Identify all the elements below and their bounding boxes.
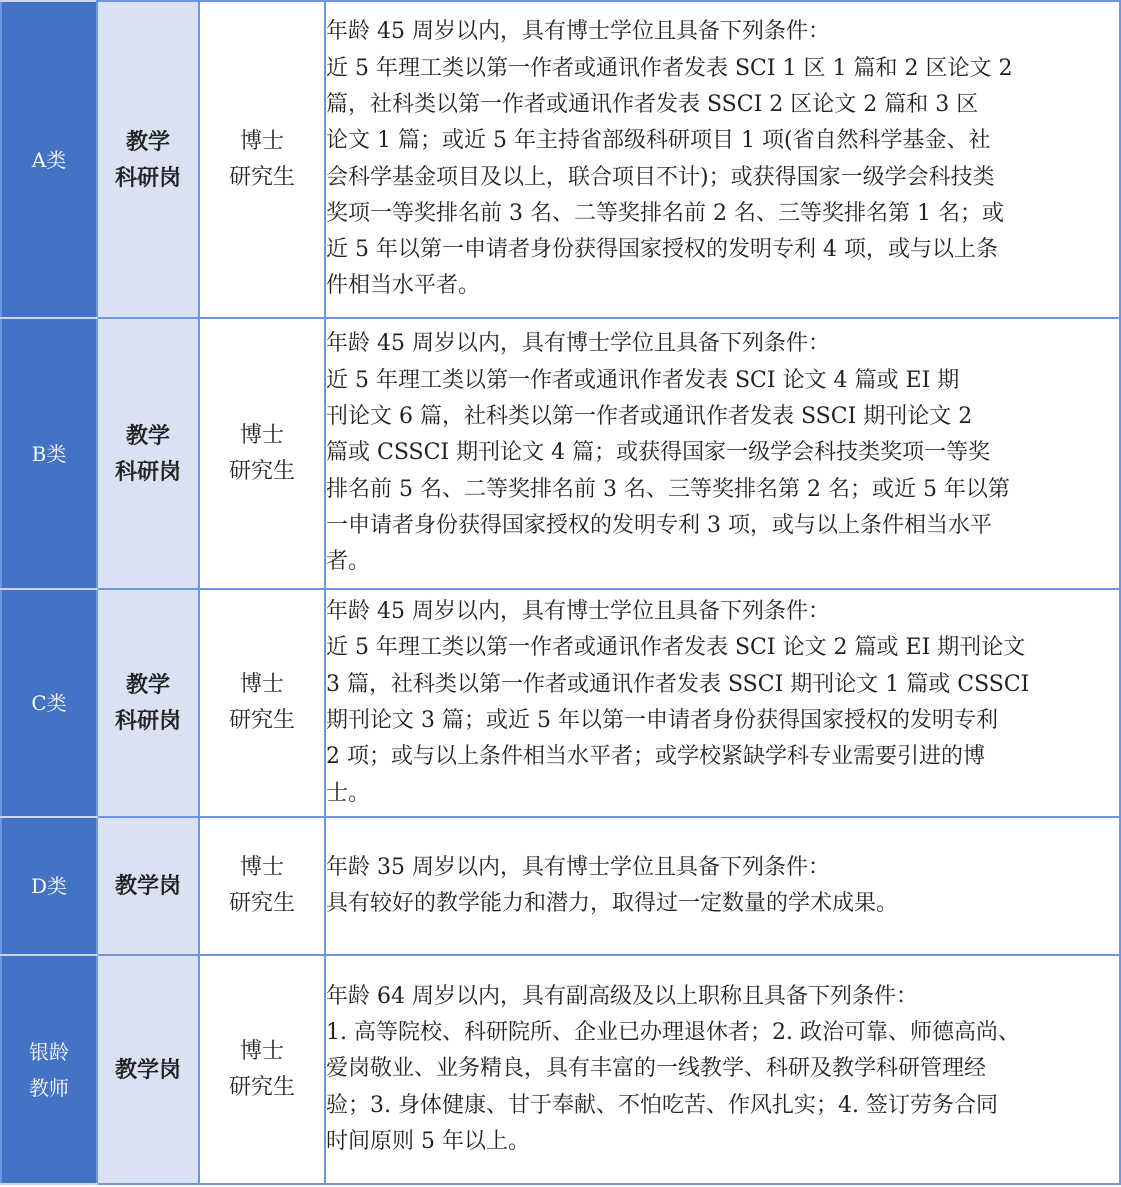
- category-cell: D类: [1, 817, 97, 955]
- condition-line: 篇，社科类以第一作者或通讯作者发表 SSCI 2 区论文 2 篇和 3 区: [326, 87, 1119, 123]
- table-row-b: B类 教学 科研岗 博士 研究生 年龄 45 周岁以内，具有博士学位且具备下列条…: [1, 318, 1120, 589]
- condition-line: 年龄 45 周岁以内，具有博士学位且具备下列条件：: [326, 594, 1119, 630]
- condition-line: 奖项一等奖排名前 3 名、二等奖排名前 2 名、三等奖排名第 1 名；或: [326, 196, 1119, 232]
- post-type-line: 教学: [98, 418, 198, 454]
- post-type-line: 教学岗: [98, 1052, 198, 1088]
- conditions-cell: 年龄 45 周岁以内，具有博士学位且具备下列条件： 近 5 年理工类以第一作者或…: [325, 589, 1120, 817]
- category-cell: A类: [1, 1, 97, 318]
- post-type-line: 科研岗: [98, 454, 198, 490]
- condition-line: 近 5 年以第一申请者身份获得国家授权的发明专利 4 项，或与以上条: [326, 232, 1119, 268]
- education-line: 博士: [200, 124, 324, 160]
- post-type-cell: 教学岗: [97, 817, 199, 955]
- education-cell: 博士 研究生: [199, 817, 325, 955]
- category-label: A类: [32, 148, 66, 172]
- conditions-cell: 年龄 45 周岁以内，具有博士学位且具备下列条件： 近 5 年理工类以第一作者或…: [325, 1, 1120, 318]
- condition-line: 2 项；或与以上条件相当水平者；或学校紧缺学科专业需要引进的博: [326, 739, 1119, 775]
- table-row-c: C类 教学 科研岗 博士 研究生 年龄 45 周岁以内，具有博士学位且具备下列条…: [1, 589, 1120, 817]
- condition-line: 刊论文 6 篇，社科类以第一作者或通讯作者发表 SSCI 期刊论文 2: [326, 399, 1119, 435]
- post-type-cell: 教学岗: [97, 955, 199, 1184]
- category-label-line: 银龄: [2, 1034, 96, 1070]
- condition-line: 具有较好的教学能力和潜力，取得过一定数量的学术成果。: [326, 886, 1119, 922]
- condition-line: 时间原则 5 年以上。: [326, 1124, 1119, 1160]
- conditions-cell: 年龄 64 周岁以内，具有副高级及以上职称且具备下列条件： 1. 高等院校、科研…: [325, 955, 1120, 1184]
- category-label: D类: [31, 874, 67, 898]
- condition-line: 篇或 CSSCI 期刊论文 4 篇；或获得国家一级学会科技类奖项一等奖: [326, 435, 1119, 471]
- education-line: 研究生: [200, 886, 324, 922]
- category-cell: B类: [1, 318, 97, 589]
- condition-line: 会科学基金项目及以上，联合项目不计)；或获得国家一级学会科技类: [326, 160, 1119, 196]
- education-line: 博士: [200, 850, 324, 886]
- condition-line: 3 篇，社科类以第一作者或通讯作者发表 SSCI 期刊论文 1 篇或 CSSCI: [326, 667, 1119, 703]
- post-type-cell: 教学 科研岗: [97, 318, 199, 589]
- condition-line: 年龄 35 周岁以内，具有博士学位且具备下列条件：: [326, 850, 1119, 886]
- condition-line: 验；3. 身体健康、甘于奉献、不怕吃苦、作风扎实；4. 签订劳务合同: [326, 1088, 1119, 1124]
- condition-line: 年龄 45 周岁以内，具有博士学位且具备下列条件：: [326, 326, 1119, 362]
- post-type-cell: 教学 科研岗: [97, 589, 199, 817]
- conditions-cell: 年龄 35 周岁以内，具有博士学位且具备下列条件： 具有较好的教学能力和潜力，取…: [325, 817, 1120, 955]
- category-label: C类: [31, 691, 66, 715]
- condition-line: 者。: [326, 544, 1119, 580]
- condition-line: 年龄 64 周岁以内，具有副高级及以上职称且具备下列条件：: [326, 979, 1119, 1015]
- condition-line: 1. 高等院校、科研院所、企业已办理退休者；2. 政治可靠、师德高尚、: [326, 1015, 1119, 1051]
- condition-line: 排名前 5 名、二等奖排名前 3 名、三等奖排名第 2 名；或近 5 年以第: [326, 472, 1119, 508]
- education-line: 博士: [200, 1034, 324, 1070]
- table-row-a: A类 教学 科研岗 博士 研究生 年龄 45 周岁以内，具有博士学位且具备下列条…: [1, 1, 1120, 318]
- post-type-line: 科研岗: [98, 703, 198, 739]
- table-row-silver-teacher: 银龄 教师 教学岗 博士 研究生 年龄 64 周岁以内，具有副高级及以上职称且具…: [1, 955, 1120, 1184]
- condition-line: 年龄 45 周岁以内，具有博士学位且具备下列条件：: [326, 14, 1119, 50]
- category-cell: C类: [1, 589, 97, 817]
- post-type-line: 科研岗: [98, 160, 198, 196]
- recruitment-requirements-table: A类 教学 科研岗 博士 研究生 年龄 45 周岁以内，具有博士学位且具备下列条…: [0, 0, 1121, 1185]
- conditions-cell: 年龄 45 周岁以内，具有博士学位且具备下列条件： 近 5 年理工类以第一作者或…: [325, 318, 1120, 589]
- education-cell: 博士 研究生: [199, 589, 325, 817]
- category-label-line: 教师: [2, 1070, 96, 1106]
- category-cell: 银龄 教师: [1, 955, 97, 1184]
- education-line: 博士: [200, 418, 324, 454]
- condition-line: 论文 1 篇；或近 5 年主持省部级科研项目 1 项(省自然科学基金、社: [326, 123, 1119, 159]
- post-type-line: 教学: [98, 667, 198, 703]
- education-line: 研究生: [200, 703, 324, 739]
- condition-line: 近 5 年理工类以第一作者或通讯作者发表 SCI 1 区 1 篇和 2 区论文 …: [326, 51, 1119, 87]
- table-row-d: D类 教学岗 博士 研究生 年龄 35 周岁以内，具有博士学位且具备下列条件： …: [1, 817, 1120, 955]
- education-cell: 博士 研究生: [199, 1, 325, 318]
- post-type-cell: 教学 科研岗: [97, 1, 199, 318]
- education-line: 研究生: [200, 160, 324, 196]
- condition-line: 件相当水平者。: [326, 268, 1119, 304]
- education-cell: 博士 研究生: [199, 318, 325, 589]
- education-line: 研究生: [200, 454, 324, 490]
- condition-line: 爱岗敬业、业务精良，具有丰富的一线教学、科研及教学科研管理经: [326, 1051, 1119, 1087]
- education-line: 研究生: [200, 1070, 324, 1106]
- condition-line: 近 5 年理工类以第一作者或通讯作者发表 SCI 论文 2 篇或 EI 期刊论文: [326, 630, 1119, 666]
- condition-line: 士。: [326, 776, 1119, 812]
- category-label: B类: [32, 442, 67, 466]
- condition-line: 近 5 年理工类以第一作者或通讯作者发表 SCI 论文 4 篇或 EI 期: [326, 363, 1119, 399]
- education-cell: 博士 研究生: [199, 955, 325, 1184]
- condition-line: 期刊论文 3 篇；或近 5 年以第一申请者身份获得国家授权的发明专利: [326, 703, 1119, 739]
- education-line: 博士: [200, 667, 324, 703]
- condition-line: 一申请者身份获得国家授权的发明专利 3 项，或与以上条件相当水平: [326, 508, 1119, 544]
- post-type-line: 教学岗: [98, 868, 198, 904]
- post-type-line: 教学: [98, 124, 198, 160]
